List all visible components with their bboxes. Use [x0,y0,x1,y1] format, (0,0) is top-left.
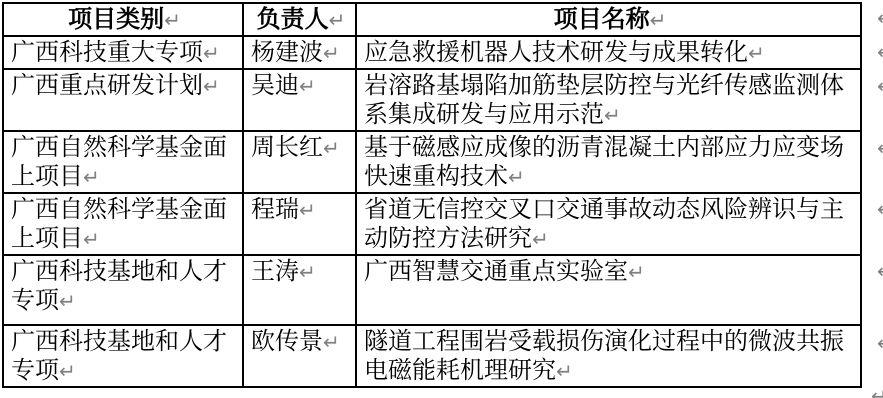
cell-end-mark: ↵ [299,74,316,98]
category-text: 广西科技基地和人才专项 [11,259,227,314]
cell-project[interactable]: 省道无信控交叉口交通事故动态风险辨识与主动防控方法研究↵ [356,193,861,255]
end-of-row-mark: ↵ [877,8,883,28]
leader-text: 周长红 [251,135,323,161]
cell-project[interactable]: 岩溶路基塌陷加筋垫层防控与光纤传感监测体系集成研发与应用示范↵ [356,69,861,131]
cell-end-mark: ↵ [299,198,316,222]
cell-leader[interactable]: 周长红↵ [243,131,356,193]
paragraph-mark-after-table: ↵ [871,386,883,398]
category-text: 广西自然科学基金面上项目 [11,197,227,252]
table-row: 广西重点研发计划↵ 吴迪↵ 岩溶路基塌陷加筋垫层防控与光纤传感监测体系集成研发与… [3,69,861,131]
cell-project[interactable]: 基于磁感应成像的沥青混凝土内部应力应变场快速重构技术↵ [356,131,861,193]
end-of-row-mark: ↵ [877,333,883,353]
cell-project[interactable]: 隧道工程围岩受载损伤演化过程中的微波共振电磁能耗机理研究↵ [356,325,861,387]
cell-leader[interactable]: 吴迪↵ [243,69,356,131]
cell-category[interactable]: 广西自然科学基金面上项目↵ [3,193,243,255]
end-of-row-mark: ↵ [877,42,883,62]
cell-category[interactable]: 广西科技重大专项↵ [3,36,243,69]
table-row: 广西科技重大专项↵ 杨建波↵ 应急救援机器人技术研发与成果转化↵ [3,36,861,69]
table-row: 广西科技基地和人才专项↵ 欧传景↵ 隧道工程围岩受载损伤演化过程中的微波共振电磁… [3,325,861,387]
project-text: 隧道工程围岩受载损伤演化过程中的微波共振电磁能耗机理研究 [364,329,844,384]
cell-end-mark: ↵ [83,165,100,189]
cell-end-mark: ↵ [604,103,621,127]
table-header-row: 项目类别↵ 负责人↵ 项目名称↵ [3,3,861,36]
cell-end-mark: ↵ [323,41,340,65]
header-label-category: 项目类别 [68,7,164,33]
cell-category[interactable]: 广西自然科学基金面上项目↵ [3,131,243,193]
cell-end-mark: ↵ [628,260,645,284]
projects-table: 项目类别↵ 负责人↵ 项目名称↵ 广西科技重大专项↵ 杨建波↵ 应急救援机器人技… [2,2,862,388]
cell-end-mark: ↵ [59,359,76,383]
header-label-project: 项目名称 [554,7,650,33]
cell-end-mark: ↵ [650,8,667,32]
cell-end-mark: ↵ [556,359,573,383]
cell-end-mark: ↵ [203,41,220,65]
end-of-row-mark: ↵ [877,76,883,96]
cell-end-mark: ↵ [164,8,181,32]
leader-text: 吴迪 [251,73,299,99]
cell-leader[interactable]: 欧传景↵ [243,325,356,387]
category-text: 广西自然科学基金面上项目 [11,135,227,190]
cell-leader[interactable]: 王涛↵ [243,255,356,325]
end-of-row-mark: ↵ [877,261,883,281]
header-label-leader: 负责人 [257,7,329,33]
leader-text: 王涛 [251,259,299,285]
cell-leader[interactable]: 杨建波↵ [243,36,356,69]
category-text: 广西重点研发计划 [11,73,203,99]
project-text: 基于磁感应成像的沥青混凝土内部应力应变场快速重构技术 [364,135,844,190]
cell-project[interactable]: 应急救援机器人技术研发与成果转化↵ [356,36,861,69]
cell-end-mark: ↵ [532,227,549,251]
cell-category[interactable]: 广西科技基地和人才专项↵ [3,255,243,325]
leader-text: 程瑞 [251,197,299,223]
cell-end-mark: ↵ [203,74,220,98]
leader-text: 欧传景 [251,329,323,355]
cell-end-mark: ↵ [59,289,76,313]
header-cell-project[interactable]: 项目名称↵ [356,3,861,36]
cell-end-mark: ↵ [299,260,316,284]
cell-leader[interactable]: 程瑞↵ [243,193,356,255]
cell-end-mark: ↵ [323,136,340,160]
end-of-row-mark: ↵ [877,199,883,219]
document-page: 项目类别↵ 负责人↵ 项目名称↵ 广西科技重大专项↵ 杨建波↵ 应急救援机器人技… [0,0,883,398]
table-row: 广西自然科学基金面上项目↵ 程瑞↵ 省道无信控交叉口交通事故动态风险辨识与主动防… [3,193,861,255]
cell-end-mark: ↵ [508,165,525,189]
category-text: 广西科技基地和人才专项 [11,329,227,384]
project-text: 应急救援机器人技术研发与成果转化 [364,40,748,66]
header-cell-category[interactable]: 项目类别↵ [3,3,243,36]
cell-end-mark: ↵ [329,8,346,32]
cell-category[interactable]: 广西重点研发计划↵ [3,69,243,131]
cell-project[interactable]: 广西智慧交通重点实验室↵ [356,255,861,325]
category-text: 广西科技重大专项 [11,40,203,66]
table-row: 广西科技基地和人才专项↵ 王涛↵ 广西智慧交通重点实验室↵ [3,255,861,325]
leader-text: 杨建波 [251,40,323,66]
table-row: 广西自然科学基金面上项目↵ 周长红↵ 基于磁感应成像的沥青混凝土内部应力应变场快… [3,131,861,193]
cell-end-mark: ↵ [323,330,340,354]
header-cell-leader[interactable]: 负责人↵ [243,3,356,36]
cell-end-mark: ↵ [83,227,100,251]
cell-end-mark: ↵ [748,41,765,65]
cell-category[interactable]: 广西科技基地和人才专项↵ [3,325,243,387]
project-text: 省道无信控交叉口交通事故动态风险辨识与主动防控方法研究 [364,197,844,252]
end-of-row-mark: ↵ [877,138,883,158]
project-text: 广西智慧交通重点实验室 [364,259,628,285]
